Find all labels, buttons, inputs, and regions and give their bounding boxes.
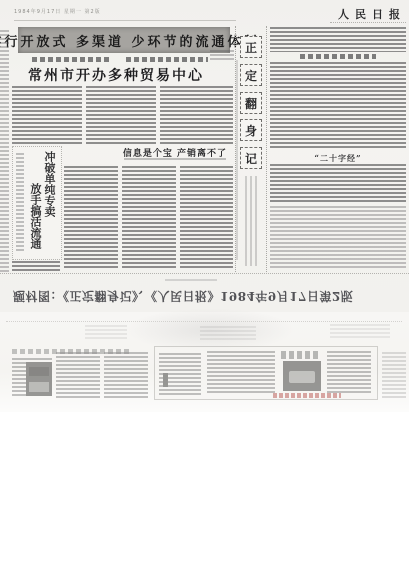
ghost-strip-flipped <box>0 344 409 402</box>
masthead-dateline: 1984年9月17日 星期一 第2版 <box>14 8 101 15</box>
ghost-ad-mark <box>163 373 168 387</box>
ghost-residue <box>330 324 390 340</box>
logo-underline <box>330 22 406 23</box>
feature-paragraph <box>270 27 406 52</box>
masthead-rule <box>14 20 236 21</box>
body-column <box>122 166 176 270</box>
newspaper-scan-page: 1984年9月17日 星期一 第2版 人民日报 实行开放式 多渠道 少环节的流通… <box>0 0 409 573</box>
edge-column <box>0 30 9 272</box>
ghost-edge-column <box>382 350 406 398</box>
feature-centered-line <box>300 54 376 59</box>
body-column <box>12 86 82 144</box>
feature-title-char-box: 定 <box>240 64 262 86</box>
ghost-photo-block <box>26 362 52 396</box>
feature-title-char-box: 翻 <box>240 92 262 114</box>
left-article-box: 冲破单纯专卖 放手搞活流通 <box>12 146 62 260</box>
feature-byline-vertical <box>245 176 257 266</box>
feature-title-char-box: 记 <box>240 147 262 169</box>
feature-title-char-box: 身 <box>240 119 262 141</box>
kicker-text-right <box>126 57 208 62</box>
figure-caption-flipped: 题材图：《正定翻身记》、《人民日报》1984年9月17日第2版 <box>13 288 353 305</box>
ghost-red-text-line <box>273 393 341 398</box>
left-article-kicker <box>16 153 24 251</box>
clipping-bottom-rule <box>0 273 409 274</box>
body-column <box>160 86 233 144</box>
banner-headline: 实行开放式 多渠道 少环节的流通体制 <box>18 27 230 53</box>
ghost-ad-masthead <box>281 351 321 359</box>
ghost-residue <box>85 325 127 341</box>
tiny-footer-line <box>165 279 217 283</box>
mid-headline-subtitle <box>124 158 226 162</box>
gutter-rule-right <box>266 26 267 272</box>
ghost-photo-shadow <box>29 367 49 376</box>
ghost-ad-box <box>154 346 378 400</box>
ghost-column <box>104 350 148 398</box>
feature-paragraph <box>270 62 406 150</box>
body-column <box>12 261 60 272</box>
ghost-column <box>56 350 100 398</box>
feature-paragraph <box>270 164 406 204</box>
ghost-photo-highlight <box>29 382 49 392</box>
body-column <box>64 166 118 270</box>
body-column <box>86 86 156 144</box>
ghost-ad-graphic <box>283 361 321 391</box>
ghost-residue <box>200 326 256 340</box>
feature-title-char-box: 正 <box>240 36 262 58</box>
margin-note-text <box>210 50 234 62</box>
lead-headline: 常州市开办多种贸易中心 <box>28 65 204 85</box>
body-column <box>180 166 233 270</box>
feature-paragraph-faded <box>270 206 406 270</box>
ghost-ad-column <box>207 351 275 393</box>
kicker-text-left <box>32 57 112 62</box>
ghost-ad-graphic-detail <box>289 371 315 383</box>
left-article-headline-left: 放手搞活流通 <box>27 183 43 249</box>
left-article-headline-right: 冲破单纯专卖 <box>41 151 57 217</box>
ghost-ad-column <box>327 351 371 393</box>
feature-subhead: “二十字经” <box>292 153 384 164</box>
faint-rule <box>6 321 402 322</box>
newspaper-logo: 人民日报 <box>338 6 406 22</box>
